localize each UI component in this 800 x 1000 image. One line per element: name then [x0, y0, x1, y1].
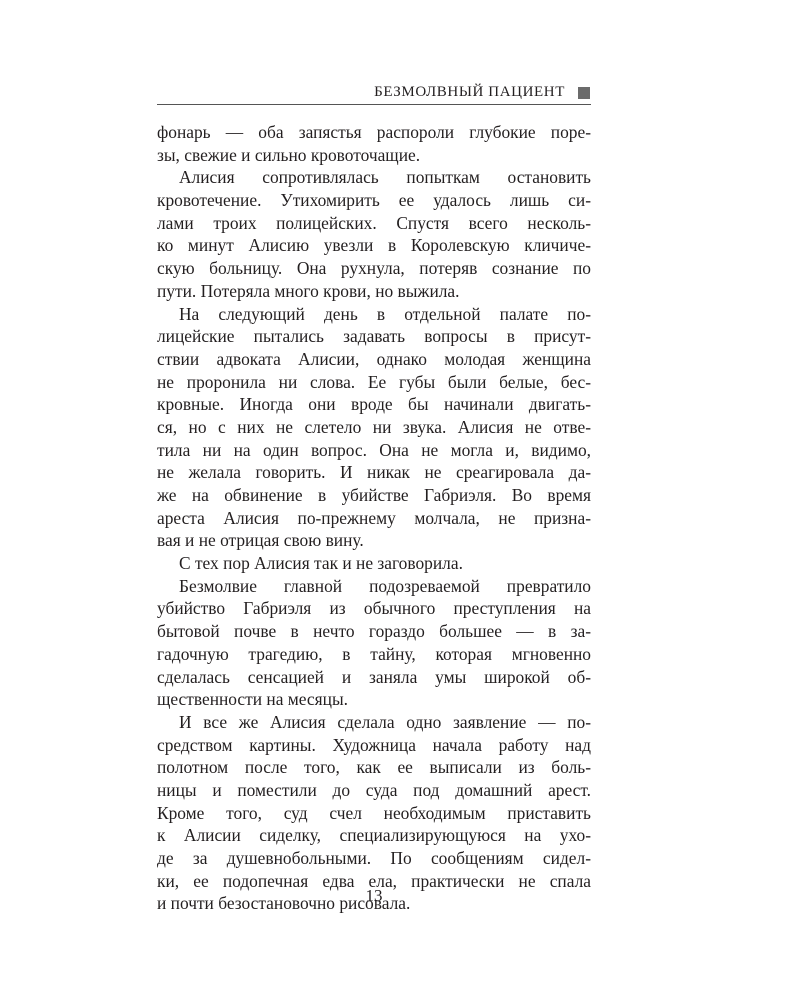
text-line: де за душевнобольными. По сообщениям сид… — [157, 847, 591, 870]
text-line: сделалась сенсацией и заняла умы широкой… — [157, 666, 591, 689]
text-line: На следующий день в отдельной палате по- — [157, 303, 591, 326]
text-line: зы, свежие и сильно кровоточащие. — [157, 144, 591, 167]
text-line: не желала говорить. И никак не среагиров… — [157, 461, 591, 484]
text-line: полотном после того, как ее выписали из … — [157, 756, 591, 779]
text-line: скую больницу. Она рухнула, потеряв созн… — [157, 257, 591, 280]
text-line: ся, но с них не слетело ни звука. Алисия… — [157, 416, 591, 439]
page-number: 13 — [157, 886, 591, 906]
running-head-title: БЕЗМОЛВНЫЙ ПАЦИЕНТ — [374, 84, 565, 101]
text-line: же на обвинение в убийстве Габриэля. Во … — [157, 484, 591, 507]
text-line: пути. Потеряла много крови, но выжила. — [157, 280, 591, 303]
text-line: И все же Алисия сделала одно заявление —… — [157, 711, 591, 734]
text-line: Алисия сопротивлялась попыткам остановит… — [157, 166, 591, 189]
running-head: БЕЗМОЛВНЫЙ ПАЦИЕНТ — [157, 82, 591, 105]
text-line: лами троих полицейских. Спустя всего нес… — [157, 212, 591, 235]
book-page: БЕЗМОЛВНЫЙ ПАЦИЕНТ фонарь — оба запястья… — [157, 0, 591, 1000]
text-line: щественности на месяцы. — [157, 688, 591, 711]
text-line: гадочную трагедию, в тайну, которая мгно… — [157, 643, 591, 666]
text-line: Безмолвие главной подозреваемой преврати… — [157, 575, 591, 598]
text-line: С тех пор Алисия так и не заговорила. — [157, 552, 591, 575]
text-line: ницы и поместили до суда под домашний ар… — [157, 779, 591, 802]
text-line: фонарь — оба запястья распороли глубокие… — [157, 121, 591, 144]
text-line: к Алисии сиделку, специализирующуюся на … — [157, 824, 591, 847]
text-line: кровотечение. Утихомирить ее удалось лиш… — [157, 189, 591, 212]
text-line: бытовой почве в нечто гораздо большее — … — [157, 620, 591, 643]
text-line: ко минут Алисию увезли в Королевскую кли… — [157, 234, 591, 257]
text-line: ареста Алисия по-прежнему молчала, не пр… — [157, 507, 591, 530]
text-line: ствии адвоката Алисии, однако молодая же… — [157, 348, 591, 371]
body-text: фонарь — оба запястья распороли глубокие… — [157, 121, 591, 915]
text-line: средством картины. Художница начала рабо… — [157, 734, 591, 757]
text-line: кровные. Иногда они вроде бы начинали дв… — [157, 393, 591, 416]
text-line: Кроме того, суд счел необходимым пристав… — [157, 802, 591, 825]
text-line: не проронила ни слова. Ее губы были белы… — [157, 371, 591, 394]
text-line: лицейские пытались задавать вопросы в пр… — [157, 325, 591, 348]
text-line: тила ни на один вопрос. Она не могла и, … — [157, 439, 591, 462]
text-line: убийство Габриэля из обычного преступлен… — [157, 597, 591, 620]
square-marker-icon — [578, 87, 590, 99]
text-line: вая и не отрицая свою вину. — [157, 529, 591, 552]
